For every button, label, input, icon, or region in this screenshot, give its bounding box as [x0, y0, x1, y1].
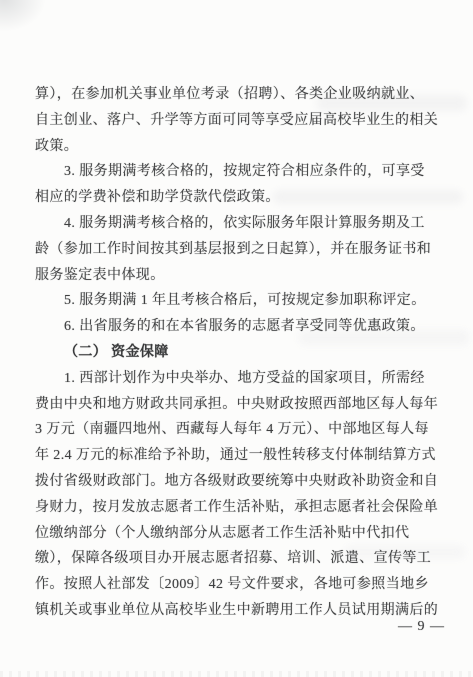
text-line: 1. 西部计划作为中央举办、地方受益的国家项目，所需经: [35, 366, 443, 392]
text-line: 年 2.4 万元的标准给予补助，通过一般性转移支付体制结算方式: [35, 443, 443, 469]
text-line: 政策。: [35, 134, 443, 160]
text-line: 3. 服务期满考核合格的，按规定符合相应条件的，可享受: [35, 159, 443, 185]
scan-smudge-artifact: [0, 0, 46, 32]
text-line: 3 万元（南疆四地州、西藏每人每年 4 万元）、中部地区每人每: [35, 417, 443, 443]
text-line: 镇机关或事业单位从高校毕业生中新聘用工作人员试用期满后的: [35, 598, 443, 624]
text-line: 相应的学费补偿和助学贷款代偿政策。: [35, 185, 443, 211]
document-body-text: 算），在参加机关事业单位考录（招聘）、各类企业吸纳就业、 自主创业、落户、升学等…: [35, 82, 443, 624]
text-line: 算），在参加机关事业单位考录（招聘）、各类企业吸纳就业、: [35, 82, 443, 108]
text-line: 龄（参加工作时间按其到基层报到之日起算），并在服务证书和: [35, 237, 443, 263]
text-line: 5. 服务期满 1 年且考核合格后，可按规定参加职称评定。: [35, 288, 443, 314]
text-line: 位缴纳部分（个人缴纳部分从志愿者工作生活补贴中代扣代: [35, 521, 443, 547]
text-line: 缴），保障各级项目办开展志愿者招募、培训、派遣、宣传等工: [35, 546, 443, 572]
page-number: — 9 —: [398, 619, 445, 635]
text-line: 费由中央和地方财政共同承担。中央财政按照西部地区每人每年: [35, 392, 443, 418]
text-line: 自主创业、落户、升学等方面可同等享受应届高校毕业生的相关: [35, 108, 443, 134]
scanned-document-page: 算），在参加机关事业单位考录（招聘）、各类企业吸纳就业、 自主创业、落户、升学等…: [0, 0, 473, 677]
text-line: 作。按照人社部发〔2009〕42 号文件要求，各地可参照当地乡: [35, 572, 443, 598]
section-heading: （二） 资金保障: [35, 340, 443, 366]
text-line: 身财力，按月发放志愿者工作生活补贴，承担志愿者社会保险单: [35, 495, 443, 521]
scan-noise-artifact: [0, 671, 473, 677]
text-line: 4. 服务期满考核合格的，依实际服务年限计算服务期及工: [35, 211, 443, 237]
text-line: 拨付省级财政部门。地方各级财政要统筹中央财政补助资金和自: [35, 469, 443, 495]
text-line: 6. 出省服务的和在本省服务的志愿者享受同等优惠政策。: [35, 314, 443, 340]
text-line: 服务鉴定表中体现。: [35, 263, 443, 289]
